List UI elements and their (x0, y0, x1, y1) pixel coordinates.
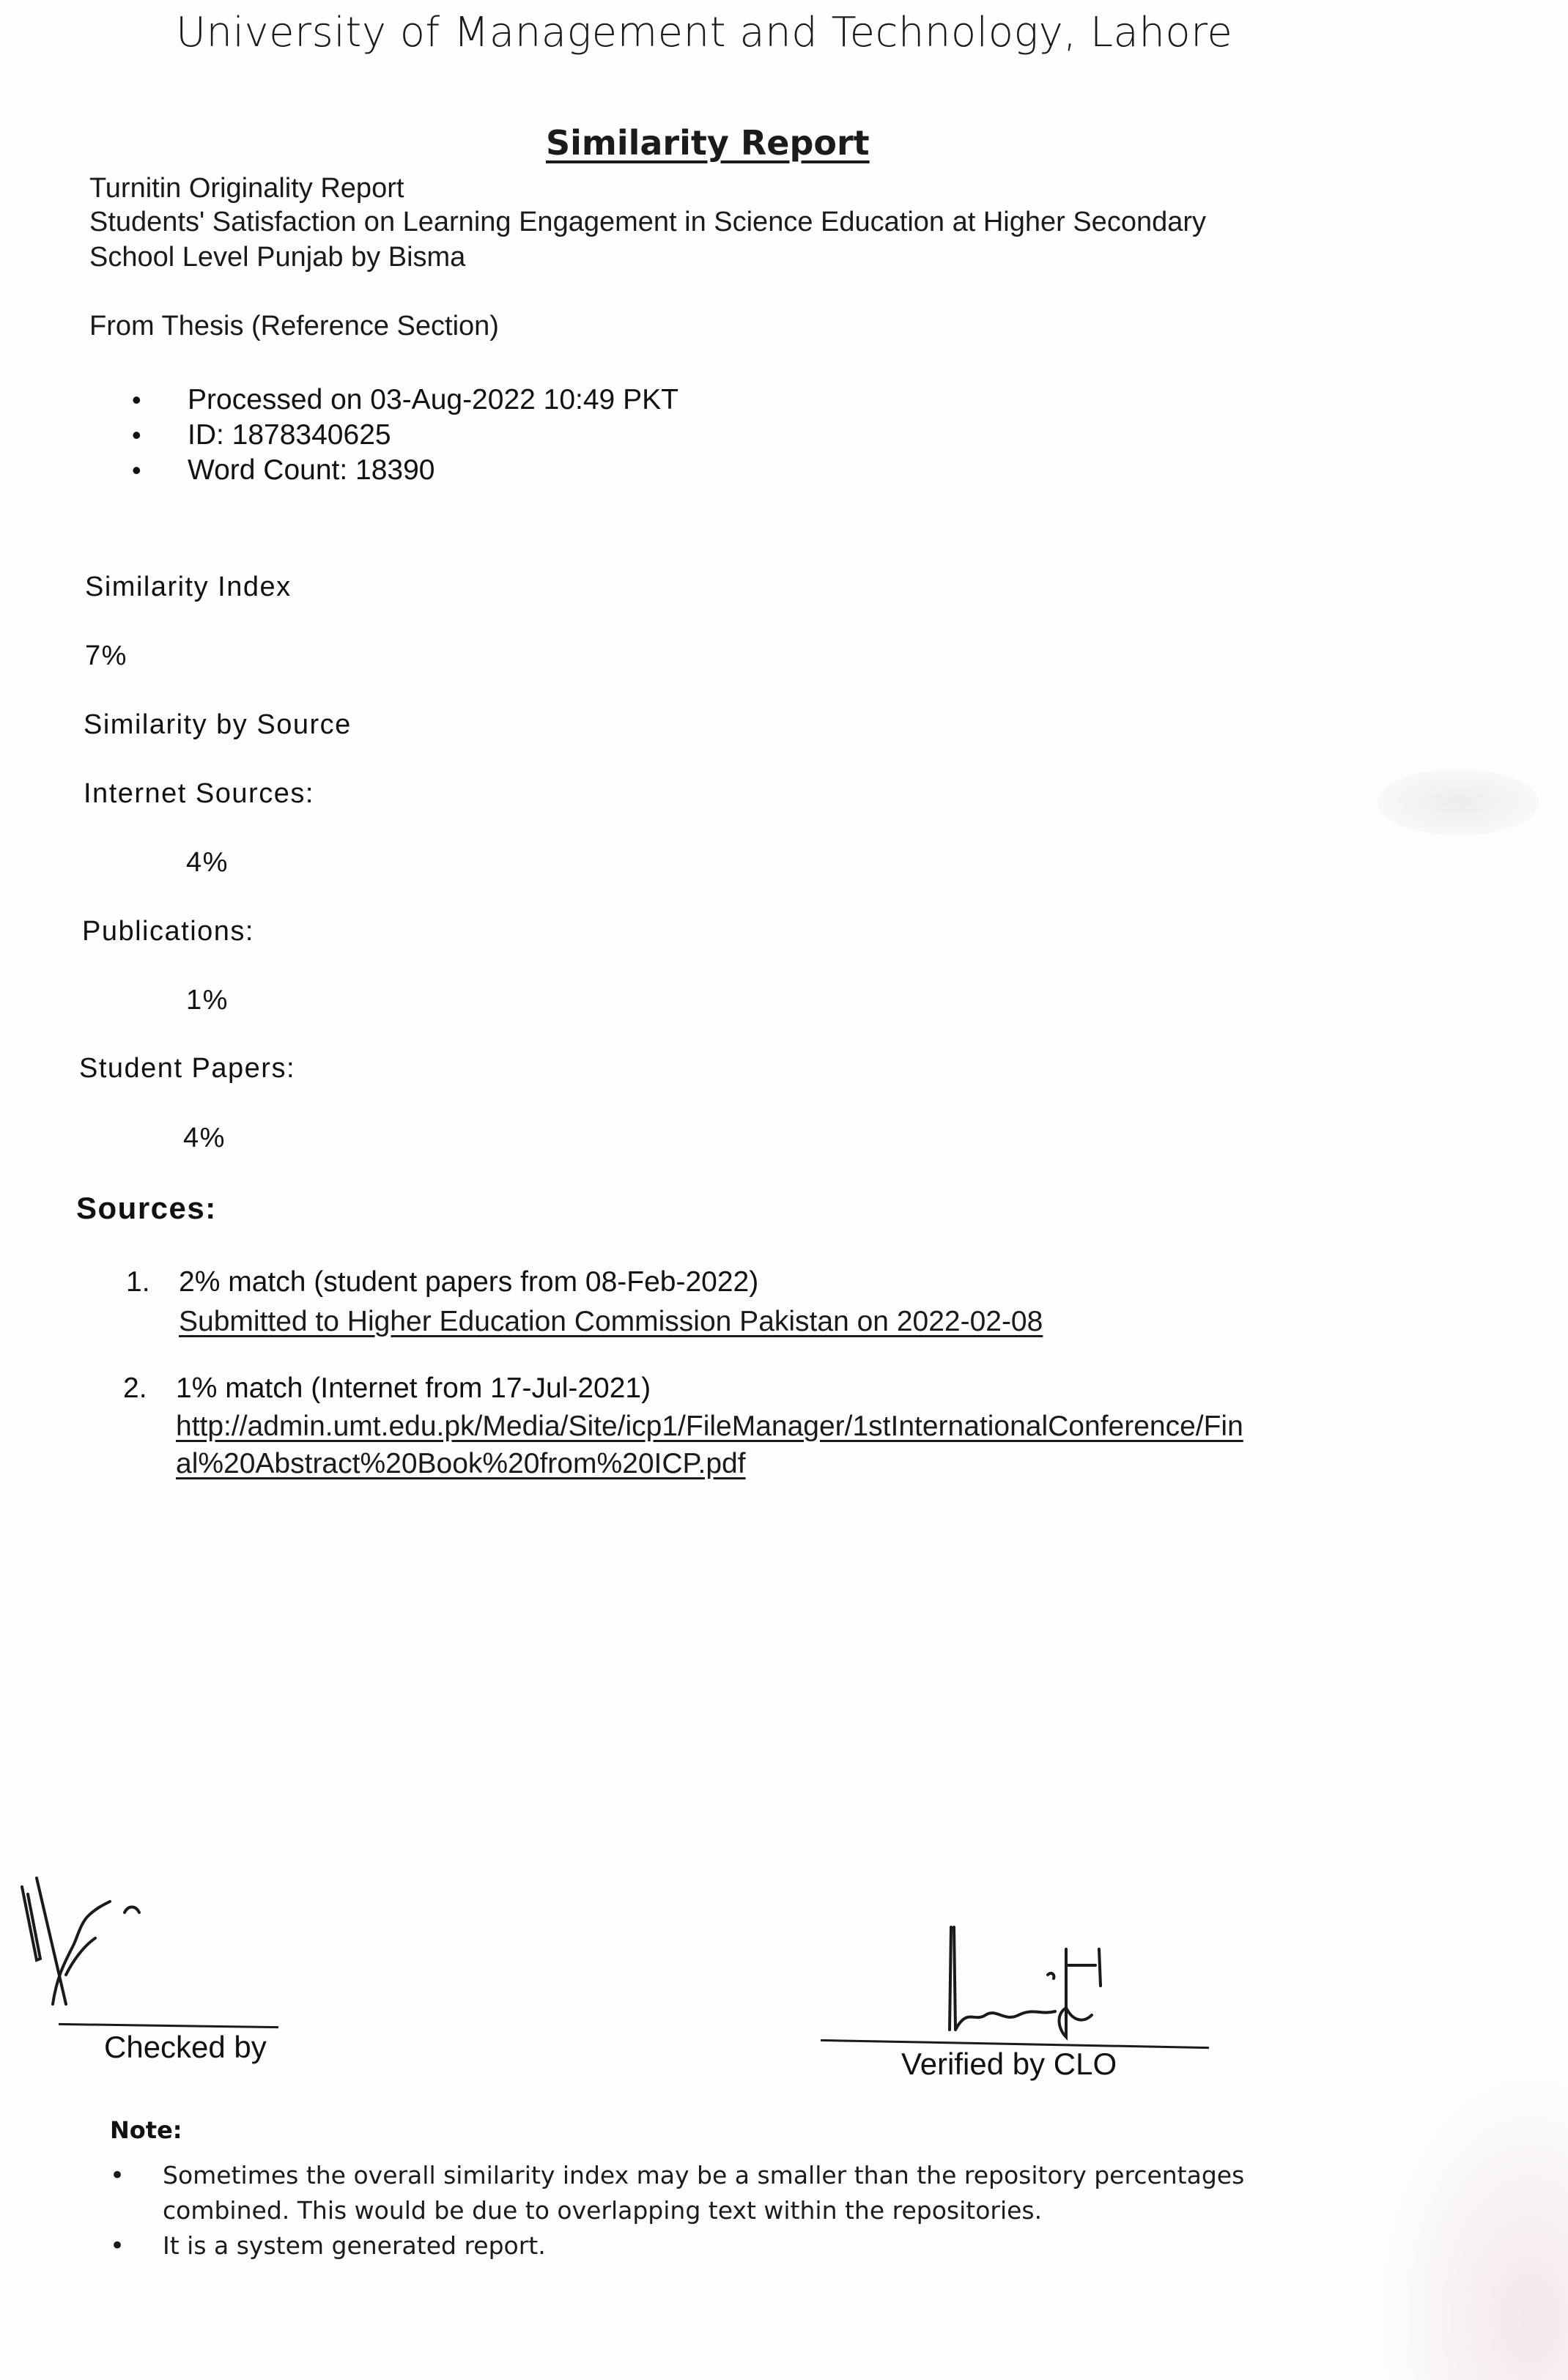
from-section: From Thesis (Reference Section) (89, 311, 499, 342)
verified-by-label: Verified by CLO (901, 2047, 1117, 2082)
similarity-index-value: 7% (85, 640, 127, 672)
note-item: It is a system generated report. (110, 2228, 1253, 2263)
report-source: Turnitin Originality Report (89, 173, 404, 204)
note-item: Sometimes the overall similarity index m… (110, 2158, 1253, 2228)
paper-stain (1377, 2072, 1568, 2380)
verified-by-signature-icon (938, 1920, 1187, 2044)
institution-title: University of Management and Technology,… (176, 9, 1232, 56)
document-title-line1: Students' Satisfaction on Learning Engag… (89, 207, 1206, 238)
publications-value: 1% (186, 985, 229, 1016)
checked-by-label: Checked by (104, 2030, 267, 2065)
source-link[interactable]: http://admin.umt.edu.pk/Media/Site/icp1/… (176, 1411, 1243, 1443)
processed-date: Processed on 03-Aug-2022 10:49 PKT (132, 382, 678, 418)
source-match: 1% match (Internet from 17-Jul-2021) (176, 1372, 651, 1405)
note-list: Sometimes the overall similarity index m… (110, 2158, 1253, 2263)
source-link-continued[interactable]: al%20Abstract%20Book%20from%20ICP.pdf (176, 1448, 746, 1480)
note-title: Note: (110, 2116, 182, 2144)
similarity-by-source-label: Similarity by Source (84, 709, 352, 741)
page-title: Similarity Report (546, 123, 870, 163)
internet-sources-value: 4% (186, 847, 229, 879)
word-count: Word Count: 18390 (132, 453, 678, 488)
sources-heading: Sources: (76, 1191, 217, 1226)
report-id: ID: 1878340625 (132, 418, 678, 453)
student-papers-value: 4% (183, 1123, 226, 1154)
source-match: 2% match (student papers from 08-Feb-202… (179, 1266, 758, 1298)
paper-smudge (1377, 769, 1539, 835)
checked-by-signature-icon (15, 1872, 205, 2033)
source-link[interactable]: Submitted to Higher Education Commission… (179, 1306, 1043, 1338)
source-number: 1. (126, 1266, 150, 1298)
student-papers-label: Student Papers: (79, 1053, 295, 1084)
report-meta-list: Processed on 03-Aug-2022 10:49 PKT ID: 1… (132, 382, 678, 488)
publications-label: Publications: (82, 916, 254, 947)
source-number: 2. (123, 1372, 147, 1405)
document-title-line2: School Level Punjab by Bisma (89, 242, 465, 273)
internet-sources-label: Internet Sources: (84, 778, 314, 810)
similarity-index-label: Similarity Index (85, 572, 292, 603)
